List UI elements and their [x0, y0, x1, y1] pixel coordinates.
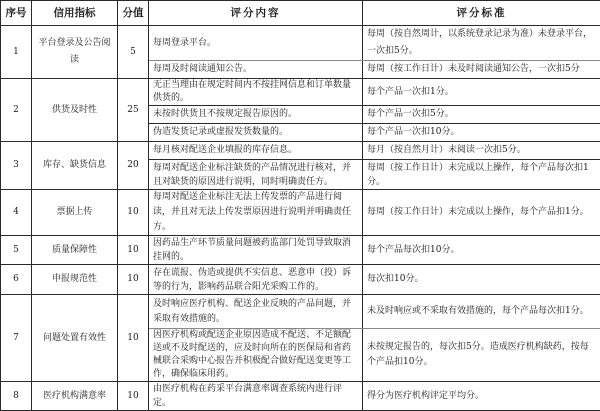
row-criteria: 每周（按工作日计）未完成以上操作，每个产品扣1分。 [363, 190, 600, 236]
row-criteria: 每周（按工作日计）未及时阅读通知公告，一次扣5分 [363, 61, 600, 79]
row-score: 5 [118, 26, 149, 79]
row-score: 20 [118, 142, 149, 190]
row-score: 10 [118, 295, 149, 382]
row-criteria: 每次扣10分。 [363, 265, 600, 295]
row-score: 10 [118, 265, 149, 295]
row-no: 1 [1, 26, 32, 79]
row-criteria: 得分为医疗机构评定平均分。 [363, 382, 600, 390]
row-score: 10 [118, 236, 149, 265]
table-row: 5 质量保障性 10 因药品生产环节质量问题被药监部门处罚导致取消挂网的。 每个… [1, 236, 600, 265]
row-indicator: 申报规范性 [32, 265, 118, 295]
table-row: 4 票据上传 10 每周对配送企业标注无法上传发票的产品进行阅读，并且对无法上传… [1, 190, 600, 236]
row-indicator: 票据上传 [32, 190, 118, 236]
row-no: 7 [1, 295, 32, 382]
row-score: 10 [118, 382, 149, 390]
row-content: 未按时供货且不按规定报告原因的。 [149, 106, 363, 124]
row-indicator: 供货及时性 [32, 79, 118, 142]
header-content: 评分内容 [149, 1, 363, 26]
row-indicator: 医疗机构满意率 [32, 382, 118, 390]
row-no: 6 [1, 265, 32, 295]
row-no: 8 [1, 382, 32, 390]
header-no: 序号 [1, 1, 32, 26]
row-no: 3 [1, 142, 32, 190]
row-content: 每周及时阅读通知公告。 [149, 61, 363, 79]
row-content: 每周对配送企业标注缺货的产品情况进行核对，并且对缺货的原因进行说明，同时明确责任… [149, 160, 363, 190]
row-content: 及时响应医疗机构、配送企业反映的产品问题，并采取有效措施的。 [149, 295, 363, 329]
row-no: 2 [1, 79, 32, 142]
table-row: 2 供货及时性 25 无正当理由在规定时间内不按挂网信息和订单数量供货的。 每个… [1, 79, 600, 106]
row-content: 因医疗机构或配送企业原因造成不配送、不足额配送或不及时配送的，应及时向所在的医保… [149, 329, 363, 382]
row-content: 伪造发货记录或虚报发货数量的。 [149, 124, 363, 142]
row-criteria: 每个产品一次扣1分。 [363, 79, 600, 106]
row-indicator: 质量保障性 [32, 236, 118, 265]
row-content: 每周登录平台。 [149, 26, 363, 61]
table-row: 8 医疗机构满意率 10 由医疗机构在药采平台满意率调查系统内进行评定。 得分为… [1, 382, 600, 390]
row-content: 每月核对配送企业填报的库存信息。 [149, 142, 363, 160]
table-row: 7 问题处置有效性 10 及时响应医疗机构、配送企业反映的产品问题，并采取有效措… [1, 295, 600, 329]
header-indicator: 信用指标 [32, 1, 118, 26]
credit-scoring-table: 序号 信用指标 分值 评分内容 评分标准 1 平台登录及公告阅读 5 每周登录平… [0, 0, 600, 389]
header-score: 分值 [118, 1, 149, 26]
row-indicator: 库存、缺货信息 [32, 142, 118, 190]
row-no: 4 [1, 190, 32, 236]
row-content: 存在谎报、伪造或提供不实信息、恶意申（投）诉等的行为，影响药品联合阳光采购工作的… [149, 265, 363, 295]
table-row: 3 库存、缺货信息 20 每月核对配送企业填报的库存信息。 每月（按自然月计）未… [1, 142, 600, 160]
row-score: 25 [118, 79, 149, 142]
table-row: 1 平台登录及公告阅读 5 每周登录平台。 每周（按自然周计，以系统登录记录为准… [1, 26, 600, 61]
table-row: 6 申报规范性 10 存在谎报、伪造或提供不实信息、恶意申（投）诉等的行为，影响… [1, 265, 600, 295]
row-indicator: 问题处置有效性 [32, 295, 118, 382]
row-criteria: 未按规定报告的，每次扣5分。造成医疗机构缺药，按每个产品扣10分。 [363, 329, 600, 382]
row-criteria: 每个产品一次扣5分。 [363, 106, 600, 124]
row-criteria: 每个产品一次扣10分。 [363, 124, 600, 142]
row-criteria: 每周（按自然周计，以系统登录记录为准）未登录平台，一次扣5分。 [363, 26, 600, 61]
row-indicator: 平台登录及公告阅读 [32, 26, 118, 79]
row-content: 无正当理由在规定时间内不按挂网信息和订单数量供货的。 [149, 79, 363, 106]
table-header-row: 序号 信用指标 分值 评分内容 评分标准 [1, 1, 600, 26]
row-content: 由医疗机构在药采平台满意率调查系统内进行评定。 [149, 382, 363, 390]
row-criteria: 每个产品每次扣10分。 [363, 236, 600, 265]
row-no: 5 [1, 236, 32, 265]
row-criteria: 每月（按自然月计）未阅读一次扣5分。 [363, 142, 600, 160]
header-criteria: 评分标准 [363, 1, 600, 26]
row-criteria: 每周（按工作日计）未完成以上操作，每个产品每次扣1分。 [363, 160, 600, 190]
row-content: 每周对配送企业标注无法上传发票的产品进行阅读，并且对无法上传发票原因进行说明并明… [149, 190, 363, 236]
row-criteria: 未及时响应或不采取有效措施的，每个产品每次扣1分。 [363, 295, 600, 329]
row-content: 因药品生产环节质量问题被药监部门处罚导致取消挂网的。 [149, 236, 363, 265]
row-score: 10 [118, 190, 149, 236]
